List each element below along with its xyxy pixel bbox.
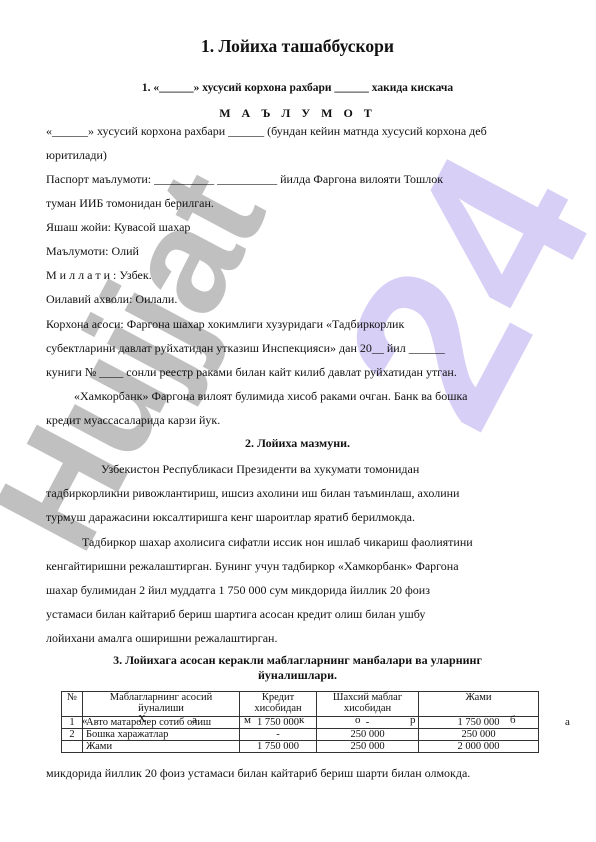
text-line: Оилавий ахволи: Оилали.: [46, 292, 549, 306]
text-line: лойихани амалга оширишни режалаштирган.: [46, 631, 549, 645]
cell: [62, 741, 83, 753]
col-header-total: Жами: [419, 692, 539, 717]
table-row-total: Жами 1 750 000 250 000 2 000 000: [62, 741, 539, 753]
page-title: 1. Лойиха ташаббускори: [46, 36, 549, 57]
section3-heading-line2: йуналишлари.: [46, 668, 549, 683]
cell: 250 000: [419, 729, 539, 741]
col-header-credit: Кредит хисобидан: [240, 692, 317, 717]
stray-letter: к: [299, 714, 304, 726]
text-line: турмуш даражасини юксалтиришга кенг шаро…: [46, 510, 549, 524]
text-line: кенгайтиришни режалаштирган. Бунинг учун…: [46, 559, 549, 573]
cell: 1 750 000: [240, 741, 317, 753]
text-line: Корхона асоси: Фаргона шахар хокимлиги х…: [46, 317, 549, 331]
text-line: Маълумоти: Олий: [46, 244, 549, 258]
cell: Жами: [83, 741, 240, 753]
table-header-row: № Маблагларнинг асосий йуналиши Кредит х…: [62, 692, 539, 717]
cell: 1 750 000: [419, 717, 539, 729]
stray-letter: о: [355, 714, 361, 726]
stray-letter: «: [82, 715, 88, 727]
col-header-personal: Шахсий маблаг хисобидан: [317, 692, 419, 717]
stray-letter: а: [192, 714, 197, 726]
text-line: Паспорт маълумоти: __________ __________…: [46, 172, 549, 186]
subtitle: 1. «______» хусусий корхона рахбари ____…: [46, 82, 549, 94]
cell: 1 750 000: [240, 717, 317, 729]
text-line: юритилади): [46, 148, 549, 162]
document-page: Hujjat 24 1. Лойиха ташаббускори 1. «___…: [0, 0, 596, 842]
cell: 2 000 000: [419, 741, 539, 753]
section3-heading-line1: 3. Лойихага асосан керакли маблагларнинг…: [46, 653, 549, 668]
col-header-number: №: [62, 692, 83, 717]
cell: -: [317, 717, 419, 729]
text-line: Тадбиркор шахар ахолисига сифатли иссик …: [46, 535, 549, 549]
watermark-24: 24: [290, 114, 596, 464]
cell: 2: [62, 729, 83, 741]
text-line: «______» хусусий корхона рахбари ______ …: [46, 124, 549, 138]
stray-letter: б: [510, 714, 516, 726]
col-header-direction: Маблагларнинг асосий йуналиши: [83, 692, 240, 717]
stray-letter: Х: [138, 713, 146, 725]
text-line: «Хамкорбанк» Фаргона вилоят булимида хис…: [46, 389, 549, 403]
text-line: куниги № ____ сонли реестр раками билан …: [46, 365, 549, 379]
cell: 250 000: [317, 729, 419, 741]
final-line: микдорида йиллик 20 фоиз устамаси билан …: [46, 766, 549, 781]
text-line: тадбиркорликни ривожлантириш, ишсиз ахол…: [46, 486, 549, 500]
text-line: субектларини давлат руйхатидан утказиш И…: [46, 341, 549, 355]
stray-letter: р: [410, 714, 416, 726]
text-line: шахар булимидан 2 йил муддатга 1 750 000…: [46, 583, 549, 597]
text-line: Яшаш жойи: Кувасой шахар: [46, 220, 549, 234]
heading-malumot: М А Ъ Л У М О Т: [46, 106, 549, 121]
text-line: Узбекистон Республикаси Президенти ва ху…: [46, 462, 549, 476]
table-row: 2 Бошка харажатлар - 250 000 250 000: [62, 729, 539, 741]
text-line: устамаси билан кайтариб бериш шартига ас…: [46, 607, 549, 621]
cell: -: [240, 729, 317, 741]
cell: Авто матаролер сотиб олиш: [83, 717, 240, 729]
cell: 250 000: [317, 741, 419, 753]
cell: Бошка харажатлар: [83, 729, 240, 741]
stray-letter: м: [244, 714, 251, 726]
cell: 1: [62, 717, 83, 729]
section2-heading: 2. Лойиха мазмуни.: [46, 436, 549, 450]
text-line: туман ИИБ томонидан берилган.: [46, 196, 549, 210]
text-line: кредит муассасаларида карзи йук.: [46, 413, 549, 427]
text-line: М и л л а т и : Узбек.: [46, 268, 549, 282]
section3-heading: 3. Лойихага асосан керакли маблагларнинг…: [46, 653, 549, 683]
stray-letter: а: [565, 716, 570, 728]
